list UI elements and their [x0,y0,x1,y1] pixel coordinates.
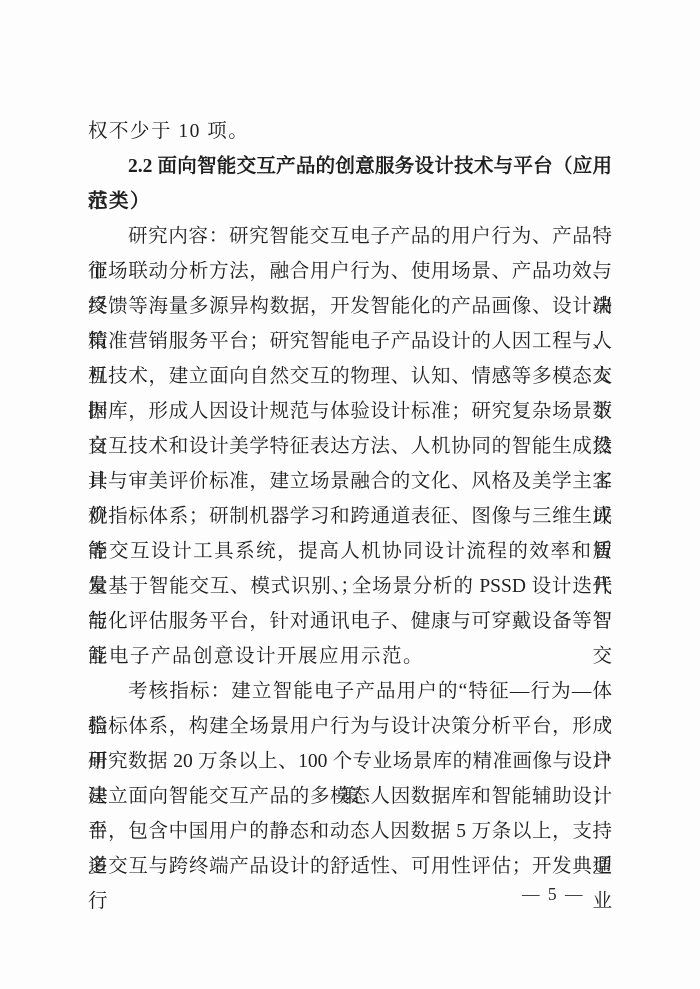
document-page: 权不少于 10 项。2.2 面向智能交互产品的创意服务设计技术与平台（应用示范类… [0,0,700,989]
text-line-7: 精准营销服务平台；研究智能电子产品设计的人因工程与人机交 [88,324,612,359]
text-line-15: 能化评估服务平台，针对通讯电子、健康与可穿戴设备等智能交 [88,604,612,639]
text-line-5: 市场联动分析方法，融合用户行为、使用场景、产品功效、终端 [88,254,612,289]
document-body: 权不少于 10 项。2.2 面向智能交互产品的创意服务设计技术与平台（应用示范类… [88,114,612,884]
text-line-20: 建立面向智能交互产品的多模态人因数据库和智能辅助设计平 [88,779,612,814]
text-line-18: 指标体系，构建全场景用户行为与设计决策分析平台，形成用户 [88,709,612,744]
text-line-9: 据库，形成人因设计规范与体验设计标准；研究复杂场景下自然 [88,394,612,429]
text-line-13: 能交互设计工具系统，提高人机协同设计流程的效率和质量；开 [88,534,612,569]
text-line-10: 交互技术和设计美学特征表达方法、人机协同的智能生成设计工 [88,429,612,464]
text-line-12: 价指标体系；研制机器学习和跨通道表征、图像与三维生成等智 [88,499,612,534]
text-line-8: 互技术，建立面向自然交互的物理、认知、情感等多模态人因数 [88,359,612,394]
text-line-4: 研究内容：研究智能交互电子产品的用户行为、产品特征与 [88,219,612,254]
page-number: — 5 — [522,882,585,906]
text-line-14: 发基于智能交互、模式识别、全场景分析的 PSSD 设计迭代与智 [88,569,612,604]
text-line-21: 台，包含中国用户的静态和动态人因数据 5 万条以上，支持多通 [88,814,612,849]
text-line-3: 范类） [88,184,612,219]
text-line-2: 2.2 面向智能交互产品的创意服务设计技术与平台（应用示 [88,149,612,184]
text-line-17: 考核指标：建立智能电子产品用户的“特征—行为—体验” [88,674,612,709]
text-line-19: 研究数据 20 万条以上、100 个专业场景库的精准画像与设计决策； [88,744,612,779]
text-line-1: 权不少于 10 项。 [88,114,612,149]
text-line-6: 反馈等海量多源异构数据，开发智能化的产品画像、设计决策、 [88,289,612,324]
text-line-22: 道交互与跨终端产品设计的舒适性、可用性评估；开发典型行业 [88,849,612,884]
text-line-11: 具与审美评价标准，建立场景融合的文化、风格及美学主客观评 [88,464,612,499]
